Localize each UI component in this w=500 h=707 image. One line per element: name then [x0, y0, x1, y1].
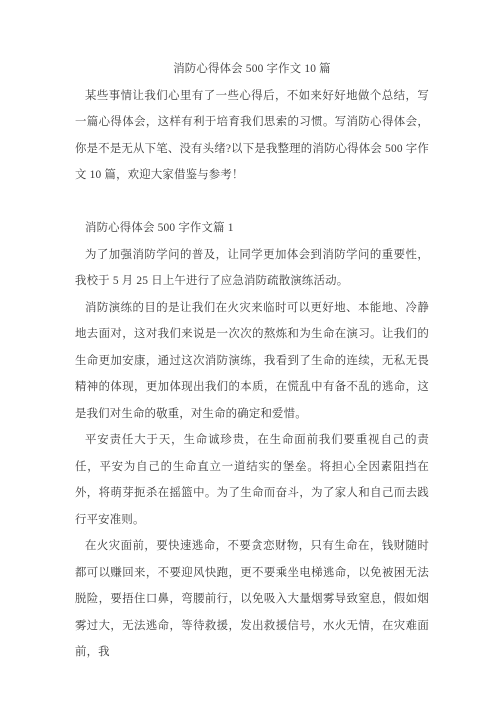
body-paragraph: 在火灾面前，要快速逃命，不要贪恋财物，只有生命在，钱财随时都可以赚回来，不要迎风…: [75, 533, 429, 666]
section-heading: 消防心得体会 500 字作文篇 1: [75, 215, 429, 242]
document-title: 消防心得体会 500 字作文 10 篇: [75, 56, 429, 83]
body-paragraph: 消防演练的目的是让我们在火灾来临时可以更好地、本能地、冷静地去面对，这对我们来说…: [75, 295, 429, 428]
body-paragraph: 为了加强消防学问的普及，让同学更加体会到消防学问的重要性，我校于 5 月 25 …: [75, 242, 429, 295]
intro-paragraph: 某些事情让我们心里有了一些心得后，不如来好好地做个总结，写一篇心得体会，这样有利…: [75, 83, 429, 189]
document-page: 消防心得体会 500 字作文 10 篇 某些事情让我们心里有了一些心得后，不如来…: [0, 0, 500, 707]
body-paragraph: 平安责任大于天，生命诚珍贵，在生命面前我们要重视自己的责任，平安为自己的生命直立…: [75, 427, 429, 533]
